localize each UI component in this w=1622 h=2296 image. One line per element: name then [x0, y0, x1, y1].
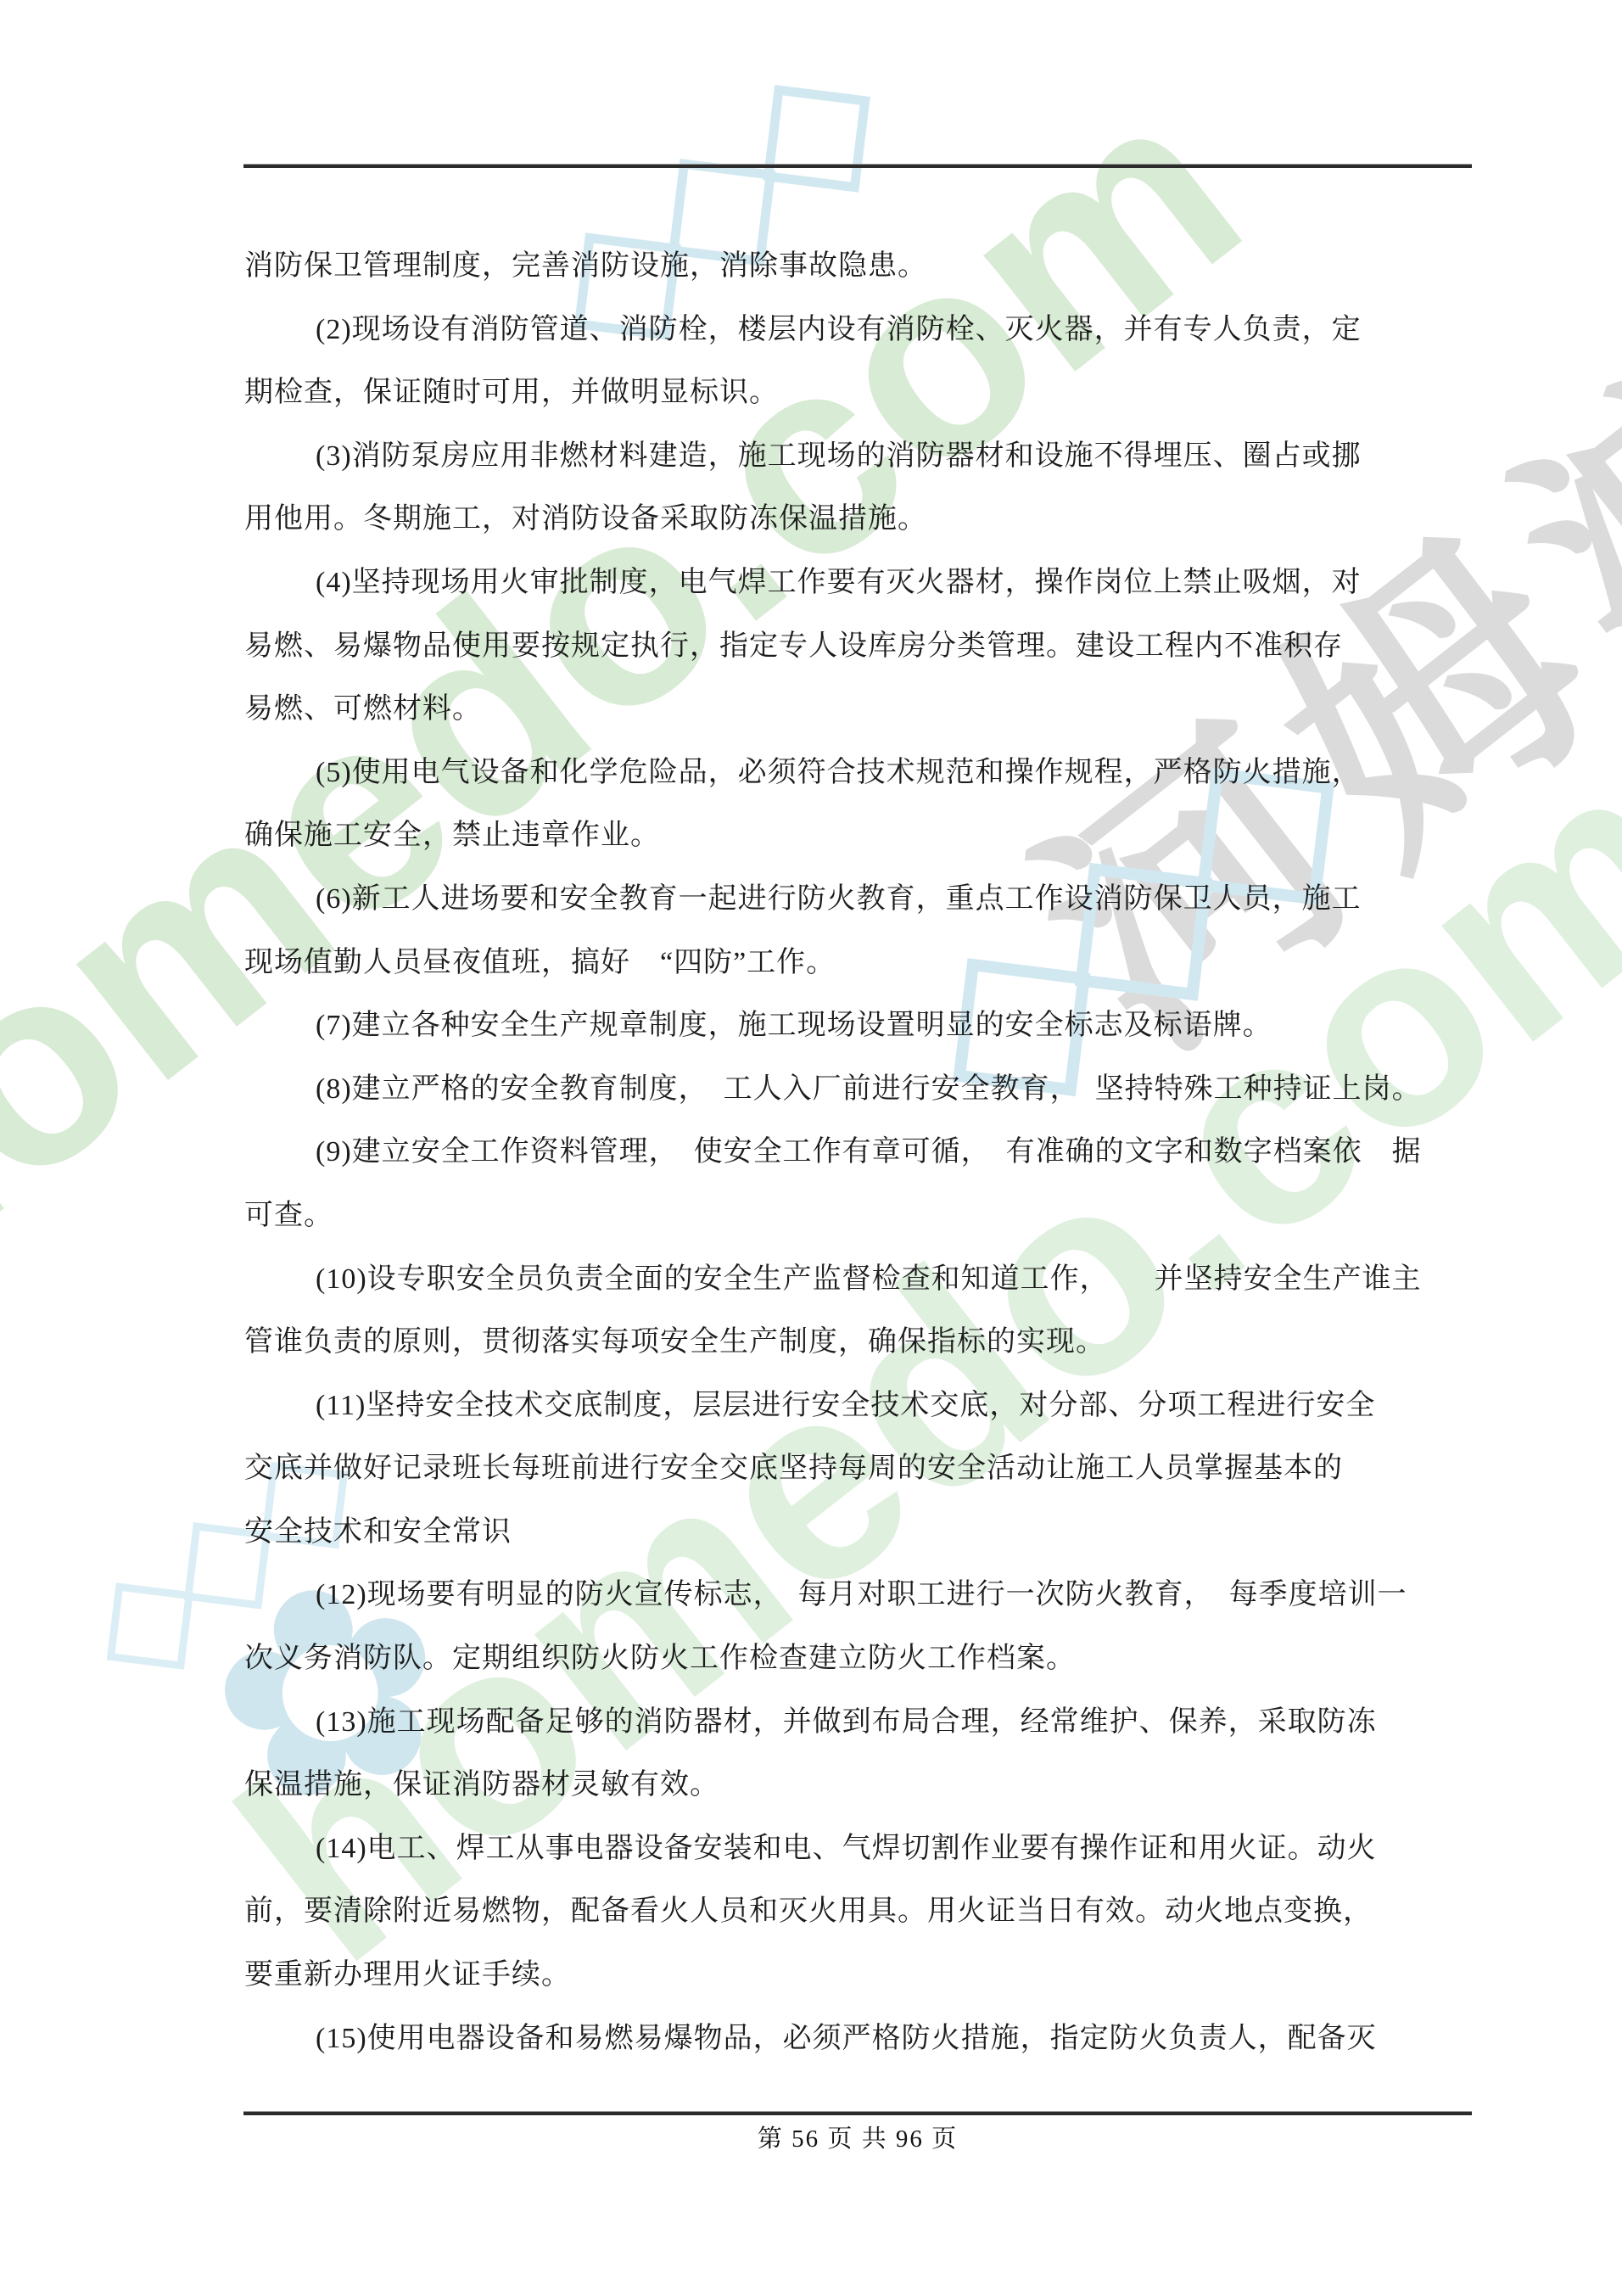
text-line: (9)建立安全工作资料管理， 使安全工作有章可循， 有准确的文字和数字档案依 据 [244, 1121, 1483, 1184]
text-line: 期检查，保证随时可用，并做明显标识。 [244, 361, 1483, 425]
text-line: 易燃、易爆物品使用要按规定执行，指定专人设库房分类管理。建设工程内不准积存 [244, 615, 1483, 679]
text-line: (5)使用电气设备和化学危险品，必须符合技术规范和操作规程，严格防火措施， [244, 742, 1483, 805]
document-body: 消防保卫管理制度，完善消防设施，消除事故隐患。 (2)现场设有消防管道、消防栓，… [244, 235, 1483, 2070]
text-line: 安全技术和安全常识 [244, 1501, 1483, 1565]
text-line: (6)新工人进场要和安全教育一起进行防火教育，重点工作设消防保卫人员，施工 [244, 868, 1483, 932]
document-page: homedo.com homedo.com 河姆渡 ◇◇◇ ◇◇◇ ◇◇◇ ✿ … [0, 0, 1622, 2296]
header-rule [243, 164, 1472, 168]
text-line: 前，要清除附近易燃物，配备看火人员和灭火用具。用火证当日有效。动火地点变换， [244, 1880, 1483, 1944]
text-line: 要重新办理用火证手续。 [244, 1944, 1483, 2008]
page-number: 第 56 页 共 96 页 [243, 2120, 1472, 2154]
text-line: (2)现场设有消防管道、消防栓，楼层内设有消防栓、灭火器，并有专人负责，定 [244, 299, 1483, 362]
text-line: (4)坚持现场用火审批制度，电气焊工作要有灭火器材，操作岗位上禁止吸烟，对 [244, 552, 1483, 615]
text-line: 交底并做好记录班长每班前进行安全交底坚持每周的安全活动让施工人员掌握基本的 [244, 1437, 1483, 1501]
text-line: 用他用。冬期施工，对消防设备采取防冻保温措施。 [244, 488, 1483, 552]
text-line: (12)现场要有明显的防火宣传标志， 每月对职工进行一次防火教育， 每季度培训一 [244, 1564, 1483, 1627]
text-line: 易燃、可燃材料。 [244, 678, 1483, 742]
text-line: 确保施工安全，禁止违章作业。 [244, 804, 1483, 868]
text-line: 可查。 [244, 1184, 1483, 1248]
text-line: (13)施工现场配备足够的消防器材，并做到布局合理，经常维护、保养，采取防冻 [244, 1691, 1483, 1755]
text-line: (11)坚持安全技术交底制度，层层进行安全技术交底，对分部、分项工程进行安全 [244, 1375, 1483, 1438]
text-line: 消防保卫管理制度，完善消防设施，消除事故隐患。 [244, 235, 1483, 299]
text-line: (7)建立各种安全生产规章制度，施工现场设置明显的安全标志及标语牌。 [244, 994, 1483, 1058]
text-line: 保温措施，保证消防器材灵敏有效。 [244, 1754, 1483, 1817]
footer-rule [243, 2111, 1472, 2115]
text-line: 管谁负责的原则，贯彻落实每项安全生产制度，确保指标的实现。 [244, 1311, 1483, 1375]
text-line: (14)电工、焊工从事电器设备安装和电、气焊切割作业要有操作证和用火证。动火 [244, 1817, 1483, 1881]
text-line: 次义务消防队。定期组织防火防火工作检查建立防火工作档案。 [244, 1627, 1483, 1691]
text-line: (8)建立严格的安全教育制度， 工人入厂前进行安全教育， 坚持特殊工种持证上岗。 [244, 1058, 1483, 1122]
text-line: (15)使用电器设备和易燃易爆物品，必须严格防火措施，指定防火负责人，配备灭 [244, 2008, 1483, 2071]
text-line: 现场值勤人员昼夜值班，搞好 “四防”工作。 [244, 932, 1483, 995]
text-line: (10)设专职安全员负责全面的安全生产监督检查和知道工作， 并坚持安全生产谁主 [244, 1248, 1483, 1312]
text-line: (3)消防泵房应用非燃材料建造，施工现场的消防器材和设施不得埋压、圈占或挪 [244, 425, 1483, 489]
